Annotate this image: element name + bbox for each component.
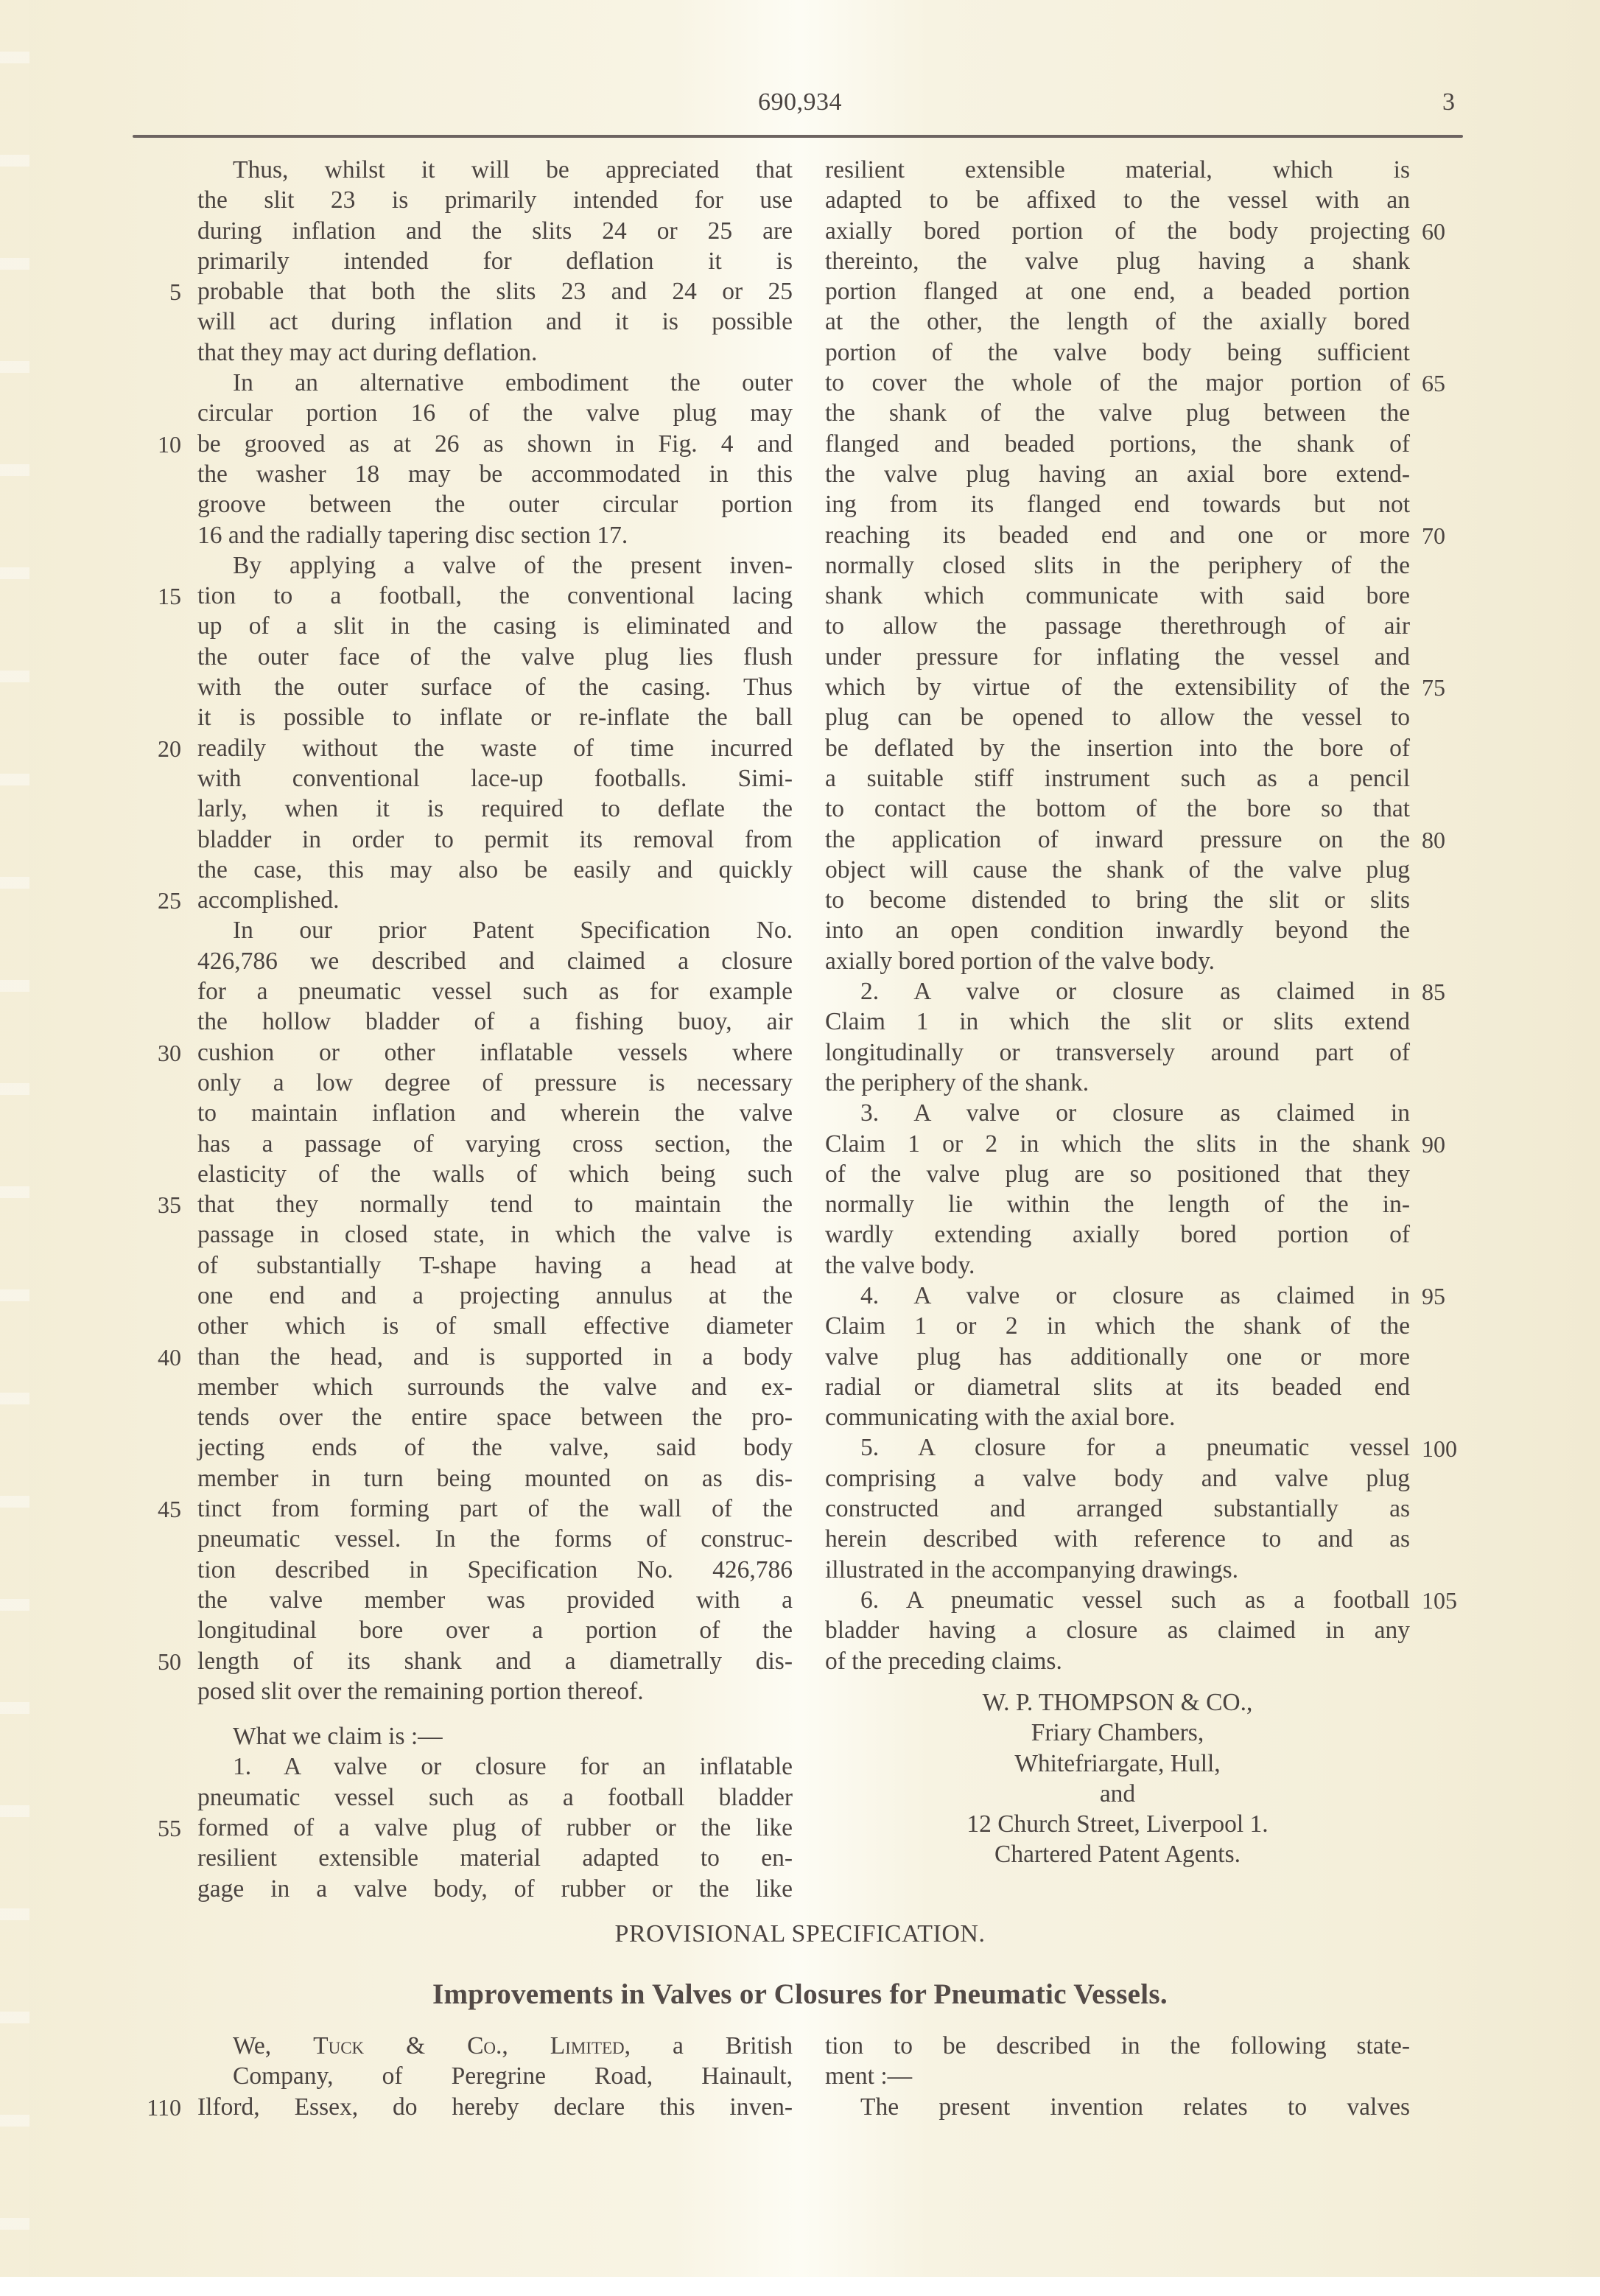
provisional-right-column: tion to be described in the following st… xyxy=(825,2031,1410,2122)
agent-address-line: 12 Church Street, Liverpool 1. xyxy=(825,1809,1410,1839)
text-line: passage in closed state, in which the va… xyxy=(197,1219,793,1250)
agent-address-line: Whitefriargate, Hull, xyxy=(825,1749,1410,1779)
line-number: 25 xyxy=(140,886,181,916)
text-line: posed slit over the remaining portion th… xyxy=(197,1676,793,1707)
text-line: 1. A valve or closure for an inflatable xyxy=(197,1751,793,1782)
text-line: the washer 18 may be accommodated in thi… xyxy=(197,459,793,489)
text-line: accomplished. xyxy=(197,885,793,915)
text-line: valve plug has additionally one or more xyxy=(825,1342,1410,1372)
text-line: bladder in order to permit its removal f… xyxy=(197,825,793,855)
text-line: ment :— xyxy=(825,2061,1410,2091)
agent-signature-block: W. P. THOMPSON & CO.,Friary Chambers,Whi… xyxy=(825,1687,1410,1870)
text-line: readily without the waste of time incurr… xyxy=(197,733,793,763)
text-line: pneumatic vessel such as a football blad… xyxy=(197,1782,793,1813)
text-line: the application of inward pressure on th… xyxy=(825,825,1410,855)
text-line: gage in a valve body, of rubber or the l… xyxy=(197,1874,793,1904)
text-line: with conventional lace-up footballs. Sim… xyxy=(197,763,793,794)
text-line: portion flanged at one end, a beaded por… xyxy=(825,276,1410,307)
text-line: the hollow bladder of a fishing buoy, ai… xyxy=(197,1007,793,1037)
line-number: 95 xyxy=(1422,1281,1481,1312)
text-line: the valve plug having an axial bore exte… xyxy=(825,459,1410,489)
line-number: 55 xyxy=(140,1813,181,1844)
line-number: 45 xyxy=(140,1494,181,1525)
text-line: 426,786 we described and claimed a closu… xyxy=(197,946,793,976)
text-line: ing from its flanged end towards but not xyxy=(825,489,1410,519)
text-line: under pressure for inflating the vessel … xyxy=(825,642,1410,672)
text-line: radial or diametral slits at its beaded … xyxy=(825,1372,1410,1402)
text-line: elasticity of the walls of which being s… xyxy=(197,1159,793,1189)
line-number: 110 xyxy=(140,2093,181,2123)
text-line: shank which communicate with said bore xyxy=(825,581,1410,611)
text-line: a suitable stiff instrument such as a pe… xyxy=(825,763,1410,794)
text-line: formed of a valve plug of rubber or the … xyxy=(197,1813,793,1843)
agent-name: W. P. THOMPSON & CO., xyxy=(825,1687,1410,1718)
text-line: What we claim is :— xyxy=(197,1721,793,1751)
line-number: 20 xyxy=(140,734,181,764)
text-line: tinct from forming part of the wall of t… xyxy=(197,1494,793,1524)
line-number: 65 xyxy=(1422,368,1481,399)
text-line: 2. A valve or closure as claimed in xyxy=(825,976,1410,1007)
line-number: 15 xyxy=(140,581,181,612)
text-line: to cover the whole of the major portion … xyxy=(825,368,1410,398)
text-line: comprising a valve body and valve plug xyxy=(825,1463,1410,1494)
provisional-specification-title: PROVISIONAL SPECIFICATION. xyxy=(0,1920,1600,1948)
provisional-left-column: We, Tuck & Co., Limited, a BritishCompan… xyxy=(197,2031,793,2122)
text-line: the periphery of the shank. xyxy=(825,1068,1410,1098)
line-number: 80 xyxy=(1422,825,1481,855)
text-line: into an open condition inwardly beyond t… xyxy=(825,915,1410,945)
line-number: 30 xyxy=(140,1038,181,1068)
text-line: the valve body. xyxy=(825,1250,1410,1281)
text-line: probable that both the slits 23 and 24 o… xyxy=(197,276,793,307)
text-line: of substantially T-shape having a head a… xyxy=(197,1250,793,1281)
text-line: tion to a football, the conventional lac… xyxy=(197,581,793,611)
text-line: portion of the valve body being sufficie… xyxy=(825,337,1410,368)
text-line: 3. A valve or closure as claimed in xyxy=(825,1098,1410,1128)
text-line: illustrated in the accompanying drawings… xyxy=(825,1555,1410,1585)
line-number: 10 xyxy=(140,430,181,460)
line-number: 40 xyxy=(140,1343,181,1373)
text-line: We, Tuck & Co., Limited, a British xyxy=(197,2031,793,2061)
text-line: at the other, the length of the axially … xyxy=(825,307,1410,337)
text-line: adapted to be affixed to the vessel with… xyxy=(825,185,1410,215)
text-line: during inflation and the slits 24 or 25 … xyxy=(197,216,793,246)
text-line: groove between the outer circular portio… xyxy=(197,489,793,519)
text-line: to contact the bottom of the bore so tha… xyxy=(825,794,1410,824)
text-line: axially bored portion of the valve body. xyxy=(825,946,1410,976)
text-line: larly, when it is required to deflate th… xyxy=(197,794,793,824)
line-number: 85 xyxy=(1422,977,1481,1007)
text-line: the valve member was provided with a xyxy=(197,1585,793,1615)
text-line: axially bored portion of the body projec… xyxy=(825,216,1410,246)
text-line: the slit 23 is primarily intended for us… xyxy=(197,185,793,215)
text-line: Claim 1 or 2 in which the slits in the s… xyxy=(825,1129,1410,1159)
text-line: Thus, whilst it will be appreciated that xyxy=(197,155,793,185)
text-line: cushion or other inflatable vessels wher… xyxy=(197,1037,793,1068)
text-line: herein described with reference to and a… xyxy=(825,1524,1410,1554)
text-line: wardly extending axially bored portion o… xyxy=(825,1219,1410,1250)
text-line: In an alternative embodiment the outer xyxy=(197,368,793,398)
line-number: 105 xyxy=(1422,1586,1481,1616)
text-line: of the valve plug are so positioned that… xyxy=(825,1159,1410,1189)
text-line: for a pneumatic vessel such as for examp… xyxy=(197,976,793,1007)
text-line: normally closed slits in the periphery o… xyxy=(825,550,1410,581)
line-number: 100 xyxy=(1422,1434,1481,1464)
text-line: that they may act during deflation. xyxy=(197,337,793,368)
text-line: only a low degree of pressure is necessa… xyxy=(197,1068,793,1098)
text-line: the outer face of the valve plug lies fl… xyxy=(197,642,793,672)
text-line: Company, of Peregrine Road, Hainault, xyxy=(197,2061,793,2091)
text-line: Claim 1 or 2 in which the shank of the xyxy=(825,1311,1410,1341)
patent-number: 690,934 xyxy=(0,88,1600,116)
applicant-name: Tuck & Co., Limited xyxy=(313,2032,625,2059)
line-number: 50 xyxy=(140,1647,181,1677)
text-line: member which surrounds the valve and ex- xyxy=(197,1372,793,1402)
right-column-text: resilient extensible material, which isa… xyxy=(825,155,1410,1676)
header-rule xyxy=(133,135,1463,138)
left-column-text: Thus, whilst it will be appreciated that… xyxy=(197,155,793,1904)
line-number: 75 xyxy=(1422,673,1481,703)
text-line: that they normally tend to maintain the xyxy=(197,1189,793,1219)
text-line: up of a slit in the casing is eliminated… xyxy=(197,611,793,641)
text-line: By applying a valve of the present inven… xyxy=(197,550,793,581)
text-line: the case, this may also be easily and qu… xyxy=(197,855,793,885)
text-line: longitudinally or transversely around pa… xyxy=(825,1037,1410,1068)
text-line: 16 and the radially tapering disc sectio… xyxy=(197,520,793,550)
text-line: The present invention relates to valves xyxy=(825,2092,1410,2122)
text-line: be deflated by the insertion into the bo… xyxy=(825,733,1410,763)
text-line: 4. A valve or closure as claimed in xyxy=(825,1281,1410,1311)
document-page: 690,934 3 510152025303540455055 Thus, wh… xyxy=(0,0,1600,2277)
agent-address-line: and xyxy=(825,1779,1410,1809)
text-line: with the outer surface of the casing. Th… xyxy=(197,672,793,702)
text-line: resilient extensible material adapted to… xyxy=(197,1843,793,1873)
line-number: 70 xyxy=(1422,521,1481,551)
text-line: jecting ends of the valve, said body xyxy=(197,1432,793,1463)
text-line: of the preceding claims. xyxy=(825,1646,1410,1676)
text-line: other which is of small effective diamet… xyxy=(197,1311,793,1341)
text-line: flanged and beaded portions, the shank o… xyxy=(825,429,1410,459)
text-line: plug can be opened to allow the vessel t… xyxy=(825,702,1410,732)
text-line: thereinto, the valve plug having a shank xyxy=(825,246,1410,276)
page-number: 3 xyxy=(1442,88,1455,116)
text-line: primarily intended for deflation it is xyxy=(197,246,793,276)
text-line: Claim 1 in which the slit or slits exten… xyxy=(825,1007,1410,1037)
text-line: communicating with the axial bore. xyxy=(825,1402,1410,1432)
text-line: which by virtue of the extensibility of … xyxy=(825,672,1410,702)
text-line: In our prior Patent Specification No. xyxy=(197,915,793,945)
text-line: it is possible to inflate or re-inflate … xyxy=(197,702,793,732)
text-line: 6. A pneumatic vessel such as a football xyxy=(825,1585,1410,1615)
text-line: to maintain inflation and wherein the va… xyxy=(197,1098,793,1128)
text-line: resilient extensible material, which is xyxy=(825,155,1410,185)
text-line: reaching its beaded end and one or more xyxy=(825,520,1410,550)
paragraph-gap xyxy=(197,1707,793,1721)
text-line: 5. A closure for a pneumatic vessel xyxy=(825,1432,1410,1463)
text-line: tends over the entire space between the … xyxy=(197,1402,793,1432)
text-line: to allow the passage therethrough of air xyxy=(825,611,1410,641)
text-line: bladder having a closure as claimed in a… xyxy=(825,1615,1410,1645)
text-line: tion described in Specification No. 426,… xyxy=(197,1555,793,1585)
text-line: Ilford, Essex, do hereby declare this in… xyxy=(197,2092,793,2122)
text-line: tion to be described in the following st… xyxy=(825,2031,1410,2061)
line-number: 60 xyxy=(1422,217,1481,247)
line-number: 5 xyxy=(140,277,181,307)
text-line: the shank of the valve plug between the xyxy=(825,398,1410,428)
text-line: member in turn being mounted on as dis- xyxy=(197,1463,793,1494)
text-line: constructed and arranged substantially a… xyxy=(825,1494,1410,1524)
text-line: pneumatic vessel. In the forms of constr… xyxy=(197,1524,793,1554)
agent-address-line: Friary Chambers, xyxy=(825,1718,1410,1748)
line-number: 35 xyxy=(140,1190,181,1220)
text-line: to become distended to bring the slit or… xyxy=(825,885,1410,915)
text-line: be grooved as at 26 as shown in Fig. 4 a… xyxy=(197,429,793,459)
text-line: has a passage of varying cross section, … xyxy=(197,1129,793,1159)
provisional-heading: Improvements in Valves or Closures for P… xyxy=(0,1978,1600,2011)
text-line: one end and a projecting annulus at the xyxy=(197,1281,793,1311)
text-line: will act during inflation and it is poss… xyxy=(197,307,793,337)
text-line: length of its shank and a diametrally di… xyxy=(197,1646,793,1676)
line-number: 90 xyxy=(1422,1130,1481,1160)
text-line: than the head, and is supported in a bod… xyxy=(197,1342,793,1372)
text-line: longitudinal bore over a portion of the xyxy=(197,1615,793,1645)
text-line: circular portion 16 of the valve plug ma… xyxy=(197,398,793,428)
text-line: normally lie within the length of the in… xyxy=(825,1189,1410,1219)
agent-address-line: Chartered Patent Agents. xyxy=(825,1839,1410,1869)
text-line: object will cause the shank of the valve… xyxy=(825,855,1410,885)
